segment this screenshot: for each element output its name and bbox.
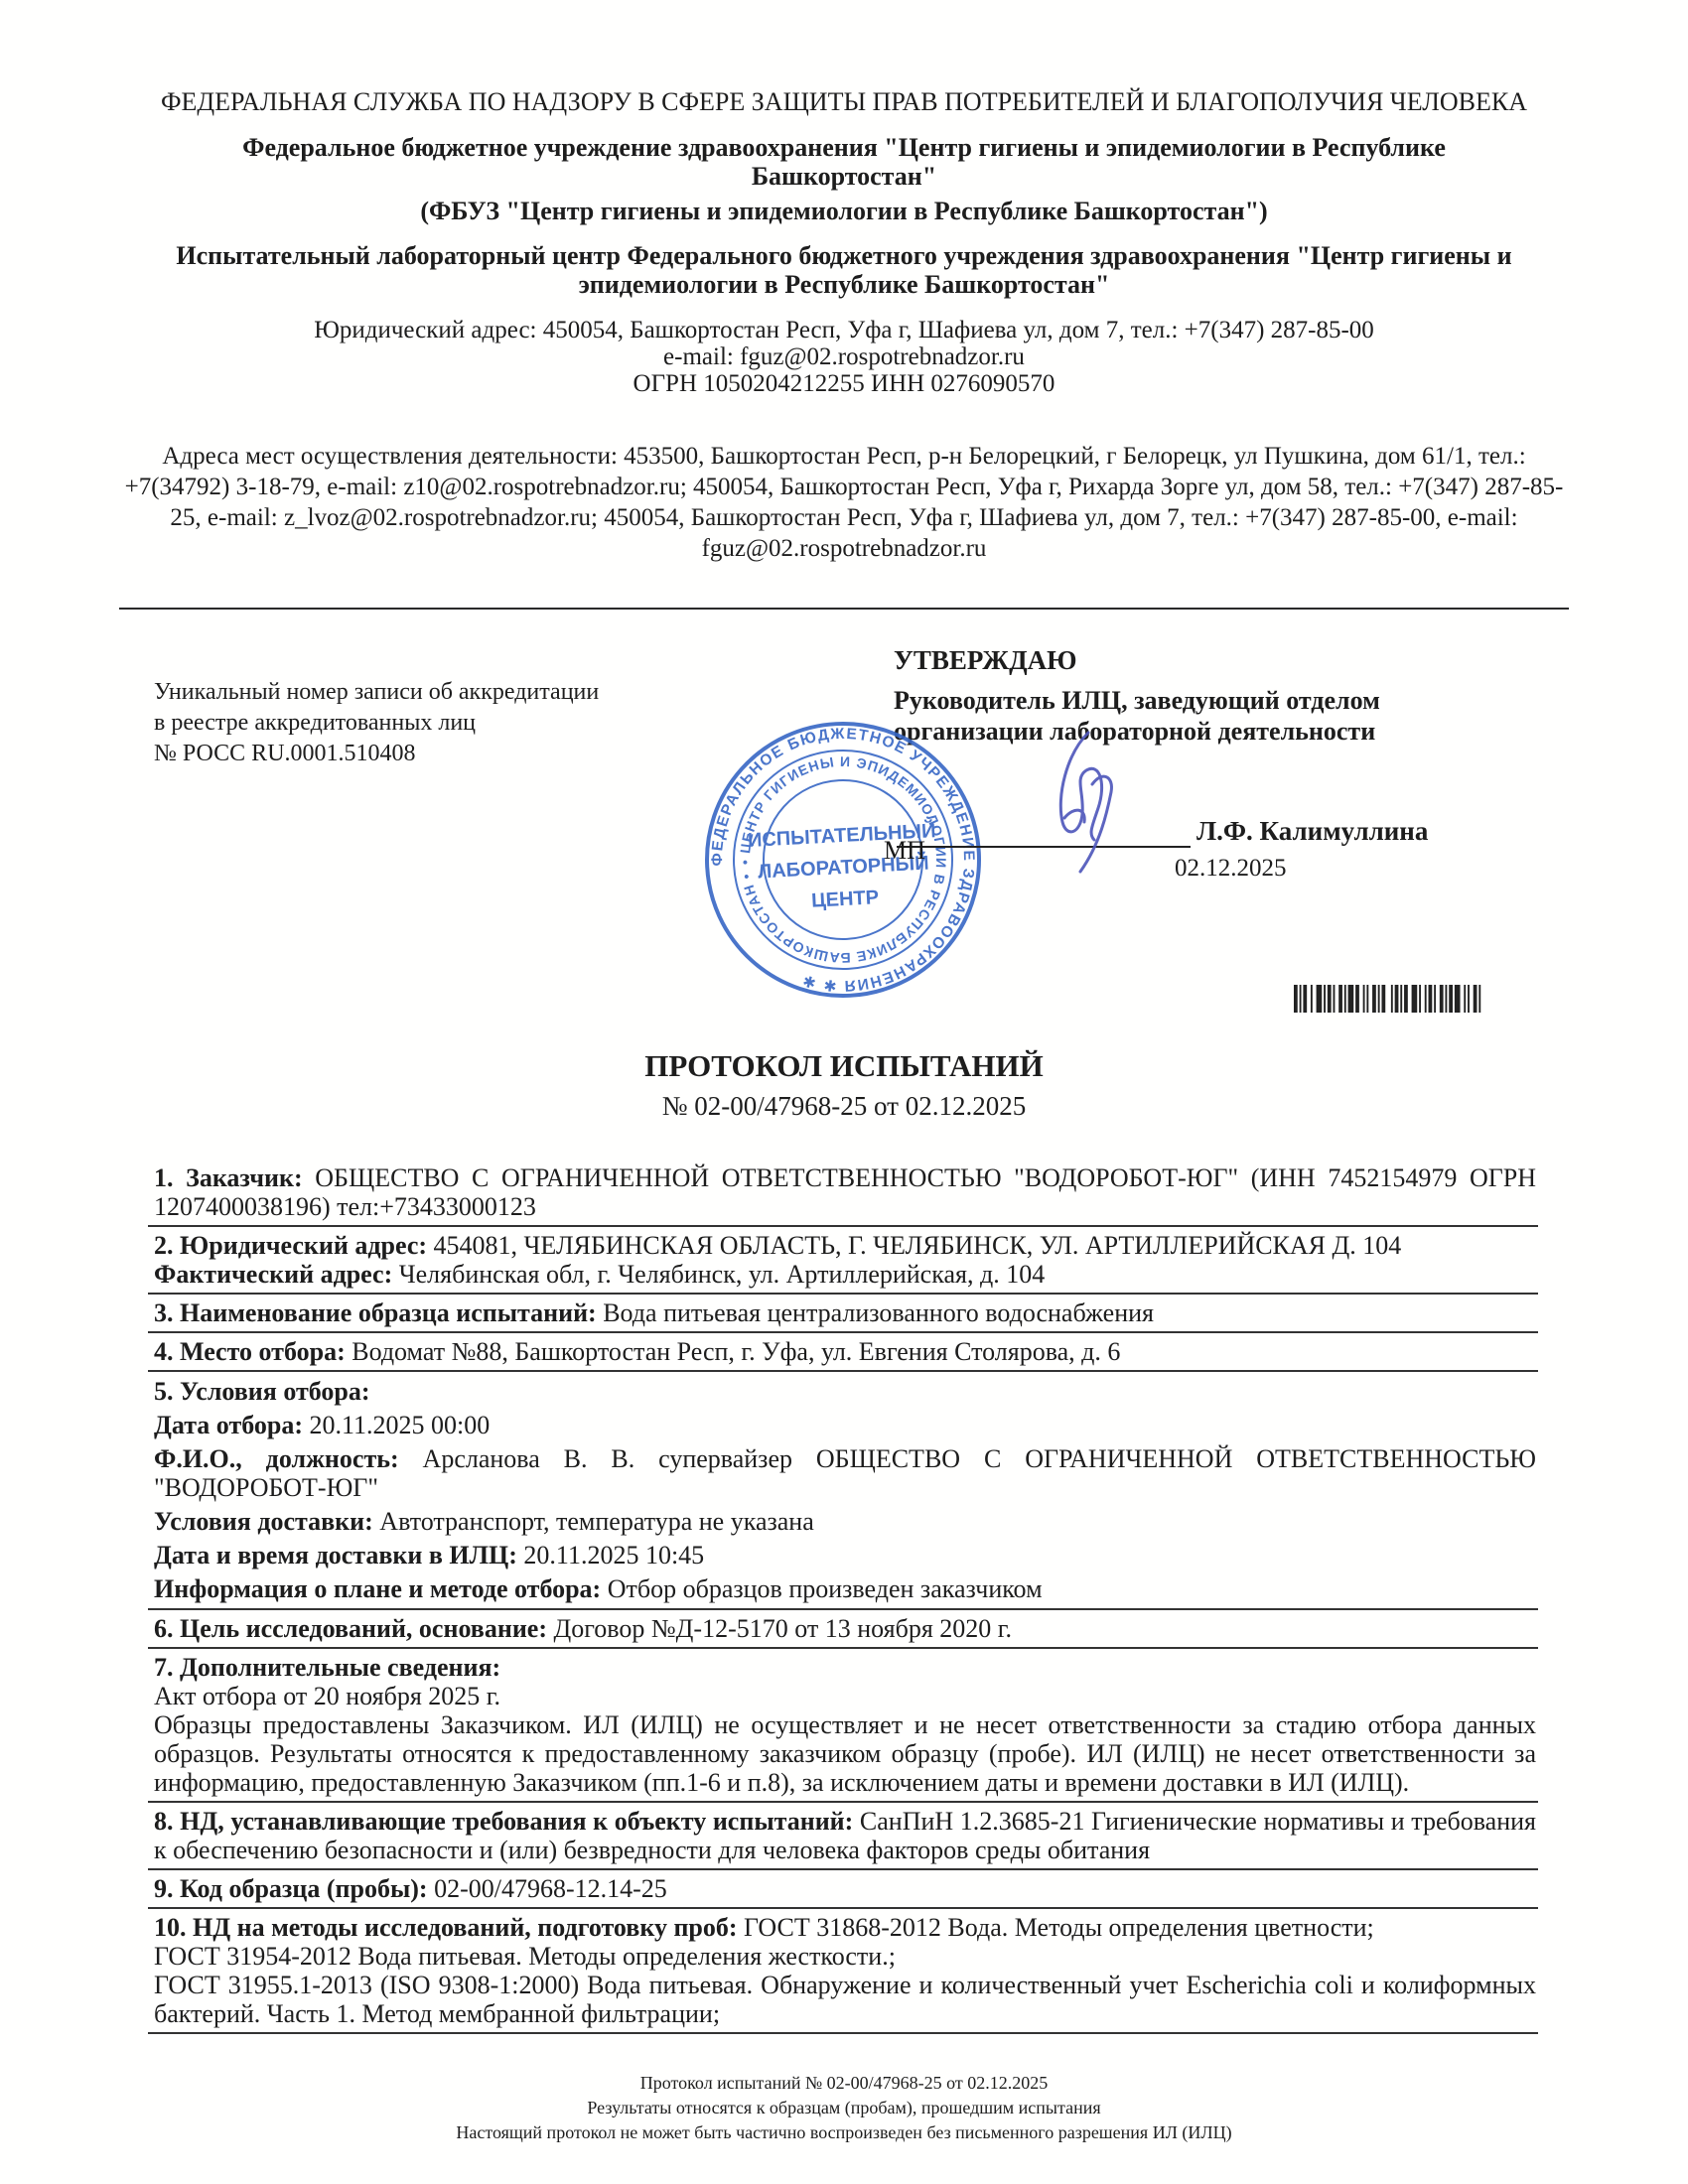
section-line: Условия доставки: Автотранспорт, темпера… <box>154 1507 1536 1536</box>
mp-seal-placeholder: МП <box>884 836 925 866</box>
protocol-section: 5. Условия отбора:Дата отбора: 20.11.202… <box>154 1377 1536 1603</box>
protocol-section: 8. НД, устанавливающие требования к объе… <box>154 1807 1536 1864</box>
section-line: Дата и время доставки в ИЛЦ: 20.11.2025 … <box>154 1541 1536 1570</box>
section-divider <box>148 1225 1538 1227</box>
section-line: ГОСТ 31954-2012 Вода питьевая. Методы оп… <box>154 1942 1536 1971</box>
section-line: 10. НД на методы исследований, подготовк… <box>154 1913 1536 1942</box>
protocol-section: 6. Цель исследований, основание: Договор… <box>154 1614 1536 1643</box>
section-line: Информация о плане и методе отбора: Отбо… <box>154 1574 1536 1603</box>
section-line: Акт отбора от 20 ноября 2025 г. <box>154 1682 1536 1710</box>
legal-address: Юридический адрес: 450054, Башкортостан … <box>154 317 1534 343</box>
lab-center-name: Испытательный лабораторный центр Федерал… <box>154 241 1534 299</box>
section-divider <box>148 2032 1538 2034</box>
protocol-number-date: № 02-00/47968-25 от 02.12.2025 <box>0 1091 1688 1122</box>
barcode <box>1294 985 1484 1013</box>
section-line: 5. Условия отбора: <box>154 1377 1536 1406</box>
section-line: Ф.И.О., должность: Арсланова В. В. супер… <box>154 1444 1536 1502</box>
section-line: 7. Дополнительные сведения: <box>154 1653 1536 1682</box>
document-header: ФЕДЕРАЛЬНАЯ СЛУЖБА ПО НАДЗОРУ В СФЕРЕ ЗА… <box>154 87 1534 589</box>
section-divider <box>148 1608 1538 1610</box>
footer-reproduction-note: Настоящий протокол не может быть частичн… <box>0 2120 1688 2145</box>
ogrn-inn: ОГРН 1050204212255 ИНН 0276090570 <box>154 370 1534 397</box>
round-stamp-seal: ФЕДЕРАЛЬНОЕ БЮДЖЕТНОЕ УЧРЕЖДЕНИЕ ЗДРАВОО… <box>691 708 996 1013</box>
organization-short-name: (ФБУЗ "Центр гигиены и эпидемиологии в Р… <box>154 197 1534 225</box>
stamp-center-line3: ЦЕНТР <box>811 887 880 912</box>
footer-results-note: Результаты относятся к образцам (пробам)… <box>0 2096 1688 2120</box>
section-line: Образцы предоставлены Заказчиком. ИЛ (ИЛ… <box>154 1710 1536 1797</box>
section-divider <box>148 1868 1538 1870</box>
organization-full-name: Федеральное бюджетное учреждение здравоо… <box>154 133 1534 191</box>
protocol-title-block: ПРОТОКОЛ ИСПЫТАНИЙ № 02-00/47968-25 от 0… <box>0 1048 1688 1122</box>
section-line: 8. НД, устанавливающие требования к объе… <box>154 1807 1536 1864</box>
handwritten-signature <box>1005 723 1164 882</box>
section-line: 2. Юридический адрес: 454081, ЧЕЛЯБИНСКА… <box>154 1231 1536 1260</box>
section-line: 6. Цель исследований, основание: Договор… <box>154 1614 1536 1643</box>
section-divider <box>148 1801 1538 1803</box>
protocol-sections: 1. Заказчик: ОБЩЕСТВО С ОГРАНИЧЕННОЙ ОТВ… <box>154 1163 1536 2038</box>
activity-addresses: Адреса мест осуществления деятельности: … <box>124 441 1564 564</box>
section-line: Дата отбора: 20.11.2025 00:00 <box>154 1411 1536 1439</box>
protocol-section: 7. Дополнительные сведения:Акт отбора от… <box>154 1653 1536 1797</box>
accreditation-line: Уникальный номер записи об аккредитации <box>154 677 670 708</box>
protocol-section: 1. Заказчик: ОБЩЕСТВО С ОГРАНИЧЕННОЙ ОТВ… <box>154 1163 1536 1221</box>
section-line: ГОСТ 31955.1-2013 (ISO 9308-1:2000) Вода… <box>154 1971 1536 2028</box>
section-line: Фактический адрес: Челябинская обл, г. Ч… <box>154 1260 1536 1289</box>
protocol-document-page: ФЕДЕРАЛЬНАЯ СЛУЖБА ПО НАДЗОРУ В СФЕРЕ ЗА… <box>0 0 1688 2184</box>
protocol-section: 2. Юридический адрес: 454081, ЧЕЛЯБИНСКА… <box>154 1231 1536 1289</box>
header-divider-line <box>119 608 1569 610</box>
accreditation-line: в реестре аккредитованных лиц <box>154 708 670 739</box>
protocol-section: 9. Код образца (пробы): 02-00/47968-12.1… <box>154 1874 1536 1903</box>
federal-service-name: ФЕДЕРАЛЬНАЯ СЛУЖБА ПО НАДЗОРУ В СФЕРЕ ЗА… <box>154 87 1534 117</box>
section-divider <box>148 1370 1538 1372</box>
page-footer: Протокол испытаний № 02-00/47968-25 от 0… <box>0 2071 1688 2145</box>
section-divider <box>148 1907 1538 1909</box>
protocol-section: 3. Наименование образца испытаний: Вода … <box>154 1298 1536 1327</box>
section-line: 3. Наименование образца испытаний: Вода … <box>154 1298 1536 1327</box>
footer-protocol-ref: Протокол испытаний № 02-00/47968-25 от 0… <box>0 2071 1688 2096</box>
accreditation-block: Уникальный номер записи об аккредитации … <box>154 677 670 769</box>
section-divider <box>148 1293 1538 1295</box>
section-divider <box>148 1647 1538 1649</box>
protocol-section: 4. Место отбора: Водомат №88, Башкортост… <box>154 1337 1536 1366</box>
section-line: 9. Код образца (пробы): 02-00/47968-12.1… <box>154 1874 1536 1903</box>
approval-date: 02.12.2025 <box>1175 855 1287 883</box>
header-email: e-mail: fguz@02.rospotrebnadzor.ru <box>154 343 1534 370</box>
accreditation-number: № РОСС RU.0001.510408 <box>154 739 670 769</box>
section-line: 1. Заказчик: ОБЩЕСТВО С ОГРАНИЧЕННОЙ ОТВ… <box>154 1163 1536 1221</box>
section-line: 4. Место отбора: Водомат №88, Башкортост… <box>154 1337 1536 1366</box>
approval-title: УТВЕРЖДАЮ <box>894 645 1077 676</box>
approver-name: Л.Ф. Калимуллина <box>1196 816 1428 847</box>
protocol-title: ПРОТОКОЛ ИСПЫТАНИЙ <box>0 1048 1688 1084</box>
section-divider <box>148 1331 1538 1333</box>
protocol-section: 10. НД на методы исследований, подготовк… <box>154 1913 1536 2028</box>
stamp-svg: ФЕДЕРАЛЬНОЕ БЮДЖЕТНОЕ УЧРЕЖДЕНИЕ ЗДРАВОО… <box>691 708 996 1013</box>
